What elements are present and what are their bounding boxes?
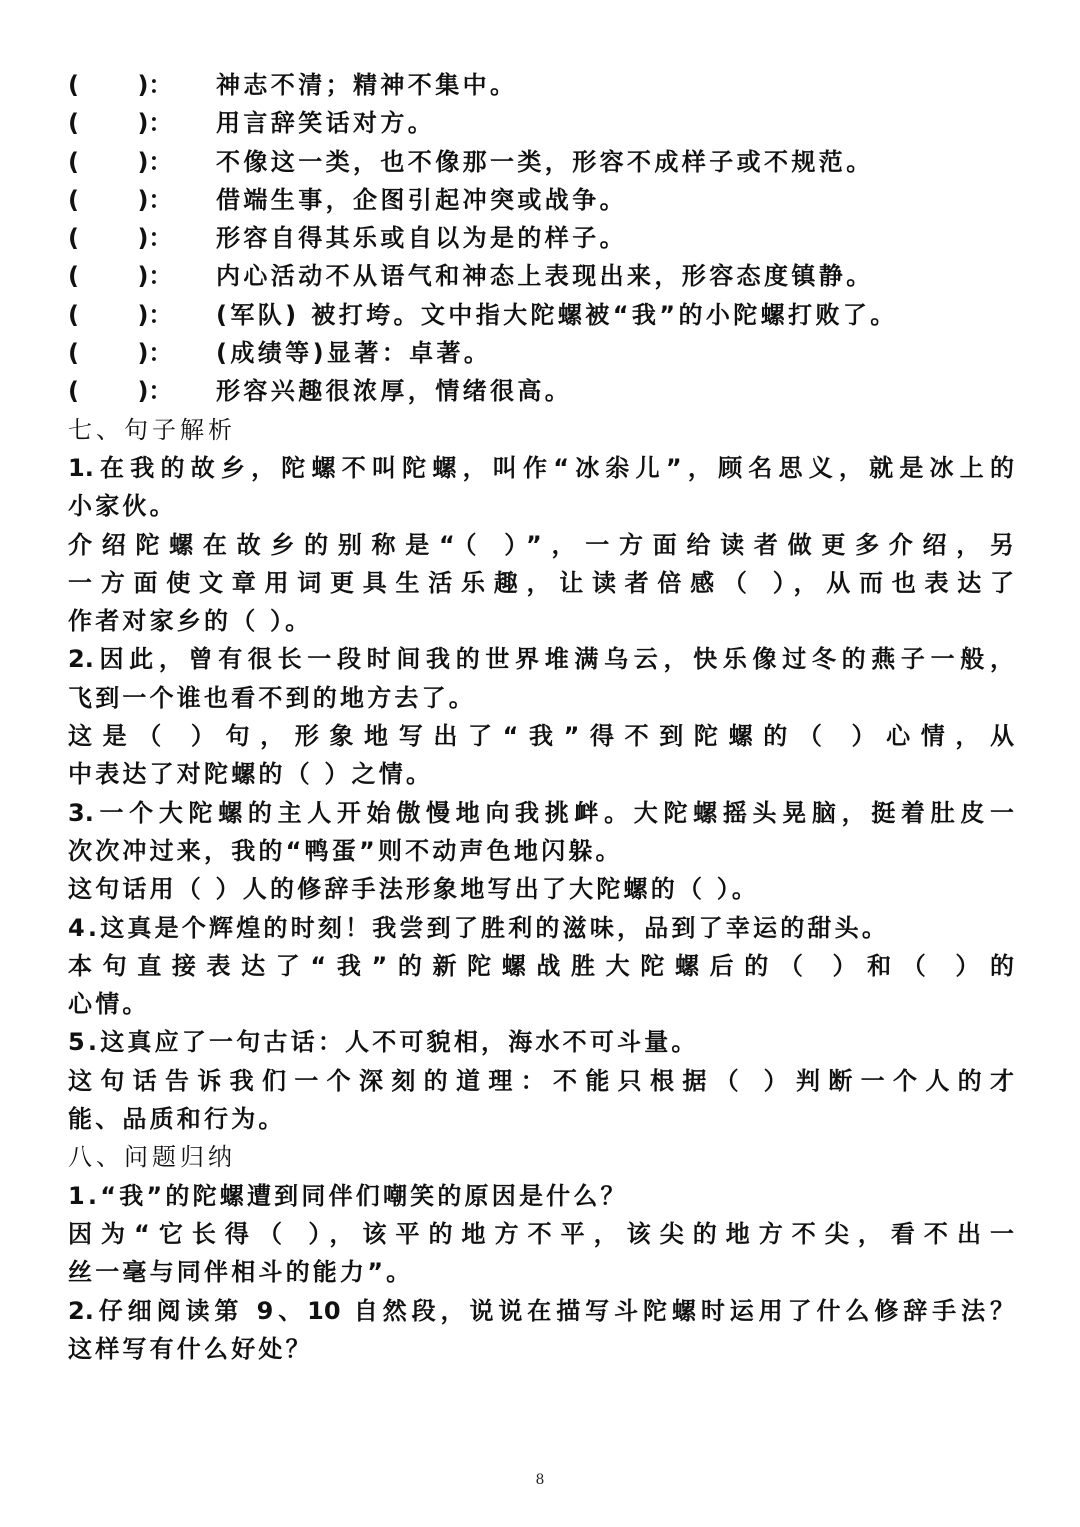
text-line: 3.一个大陀螺的主人开始傲慢地向我挑衅。大陀螺摇头晃脑，挺着肚皮一 xyxy=(68,794,1014,832)
text-line: 介绍陀螺在故乡的别称是“（ ）”，一方面给读者做更多介绍，另 xyxy=(68,526,1014,564)
section-heading: 七、句子解析 xyxy=(68,411,1014,449)
vocab-item: ( )：(成绩等)显著：卓著。 xyxy=(68,334,1014,372)
vocab-item: ( )：借端生事，企图引起冲突或战争。 xyxy=(68,181,1014,219)
answer-blank: ( )： xyxy=(68,219,216,257)
vocab-definition: 神志不清；精神不集中。 xyxy=(216,66,517,104)
answer-blank: ( )： xyxy=(68,104,216,142)
answer-blank: ( )： xyxy=(68,372,216,410)
vocab-definition: 内心活动不从语气和神态上表现出来，形容态度镇静。 xyxy=(216,257,874,295)
section-heading: 八、问题归纳 xyxy=(68,1138,1014,1176)
text-line: 因为“它长得（ ），该平的地方不平，该尖的地方不尖，看不出一 xyxy=(68,1215,1014,1253)
text-line: 1.在我的故乡，陀螺不叫陀螺，叫作“冰尜儿”，顾名思义，就是冰上的 xyxy=(68,449,1014,487)
text-line: 2.因此，曾有很长一段时间我的世界堆满乌云，快乐像过冬的燕子一般， xyxy=(68,640,1014,678)
page-number: 8 xyxy=(0,1472,1080,1488)
vocab-definition: 形容自得其乐或自以为是的样子。 xyxy=(216,219,627,257)
text-line: 这句话用（ ）人的修辞手法形象地写出了大陀螺的（ ）。 xyxy=(68,870,1014,908)
text-line: 能、品质和行为。 xyxy=(68,1100,1014,1138)
answer-blank: ( )： xyxy=(68,181,216,219)
answer-blank: ( )： xyxy=(68,334,216,372)
text-line: 飞到一个谁也看不到的地方去了。 xyxy=(68,679,1014,717)
answer-blank: ( )： xyxy=(68,66,216,104)
section-sentence-analysis: 七、句子解析 1.在我的故乡，陀螺不叫陀螺，叫作“冰尜儿”，顾名思义，就是冰上的… xyxy=(68,411,1014,1139)
text-line: 2.仔细阅读第 9、10 自然段，说说在描写斗陀螺时运用了什么修辞手法？ xyxy=(68,1292,1014,1330)
vocab-definition: (成绩等)显著：卓著。 xyxy=(216,334,491,372)
vocab-item: ( )：形容兴趣很浓厚，情绪很高。 xyxy=(68,372,1014,410)
worksheet-page: ( )：神志不清；精神不集中。 ( )：用言辞笑话对方。 ( )：不像这一类，也… xyxy=(68,66,1014,1368)
text-line: 小家伙。 xyxy=(68,487,1014,525)
text-line: 1.“我”的陀螺遭到同伴们嘲笑的原因是什么？ xyxy=(68,1177,1014,1215)
vocab-item: ( )：用言辞笑话对方。 xyxy=(68,104,1014,142)
text-line: 一方面使文章用词更具生活乐趣，让读者倍感（ ），从而也表达了 xyxy=(68,564,1014,602)
vocab-item: ( )：不像这一类，也不像那一类，形容不成样子或不规范。 xyxy=(68,143,1014,181)
vocab-item: ( )：内心活动不从语气和神态上表现出来，形容态度镇静。 xyxy=(68,257,1014,295)
text-line: 4.这真是个辉煌的时刻！我尝到了胜利的滋味，品到了幸运的甜头。 xyxy=(68,909,1014,947)
text-line: 次次冲过来，我的“鸭蛋”则不动声色地闪躲。 xyxy=(68,832,1014,870)
text-line: 这句话告诉我们一个深刻的道理：不能只根据（ ）判断一个人的才 xyxy=(68,1062,1014,1100)
vocab-definition: (军队) 被打垮。文中指大陀螺被“我”的小陀螺打败了。 xyxy=(216,296,898,334)
text-line: 丝一毫与同伴相斗的能力”。 xyxy=(68,1253,1014,1291)
text-line: 本句直接表达了“我”的新陀螺战胜大陀螺后的（ ）和（ ）的 xyxy=(68,947,1014,985)
answer-blank: ( )： xyxy=(68,296,216,334)
vocab-item: ( )：(军队) 被打垮。文中指大陀螺被“我”的小陀螺打败了。 xyxy=(68,296,1014,334)
vocab-definition: 形容兴趣很浓厚，情绪很高。 xyxy=(216,372,572,410)
vocab-definition: 不像这一类，也不像那一类，形容不成样子或不规范。 xyxy=(216,143,874,181)
vocab-item: ( )：神志不清；精神不集中。 xyxy=(68,66,1014,104)
answer-blank: ( )： xyxy=(68,143,216,181)
answer-blank: ( )： xyxy=(68,257,216,295)
text-line: 中表达了对陀螺的（ ）之情。 xyxy=(68,755,1014,793)
text-line: 心情。 xyxy=(68,985,1014,1023)
vocabulary-list: ( )：神志不清；精神不集中。 ( )：用言辞笑话对方。 ( )：不像这一类，也… xyxy=(68,66,1014,411)
text-line: 这是（ ）句，形象地写出了“我”得不到陀螺的（ ）心情，从 xyxy=(68,717,1014,755)
vocab-definition: 借端生事，企图引起冲突或战争。 xyxy=(216,181,627,219)
text-line: 这样写有什么好处？ xyxy=(68,1330,1014,1368)
text-line: 作者对家乡的（ ）。 xyxy=(68,602,1014,640)
section-question-summary: 八、问题归纳 1.“我”的陀螺遭到同伴们嘲笑的原因是什么？ 因为“它长得（ ），… xyxy=(68,1138,1014,1368)
vocab-definition: 用言辞笑话对方。 xyxy=(216,104,435,142)
vocab-item: ( )：形容自得其乐或自以为是的样子。 xyxy=(68,219,1014,257)
text-line: 5.这真应了一句古话：人不可貌相，海水不可斗量。 xyxy=(68,1023,1014,1061)
